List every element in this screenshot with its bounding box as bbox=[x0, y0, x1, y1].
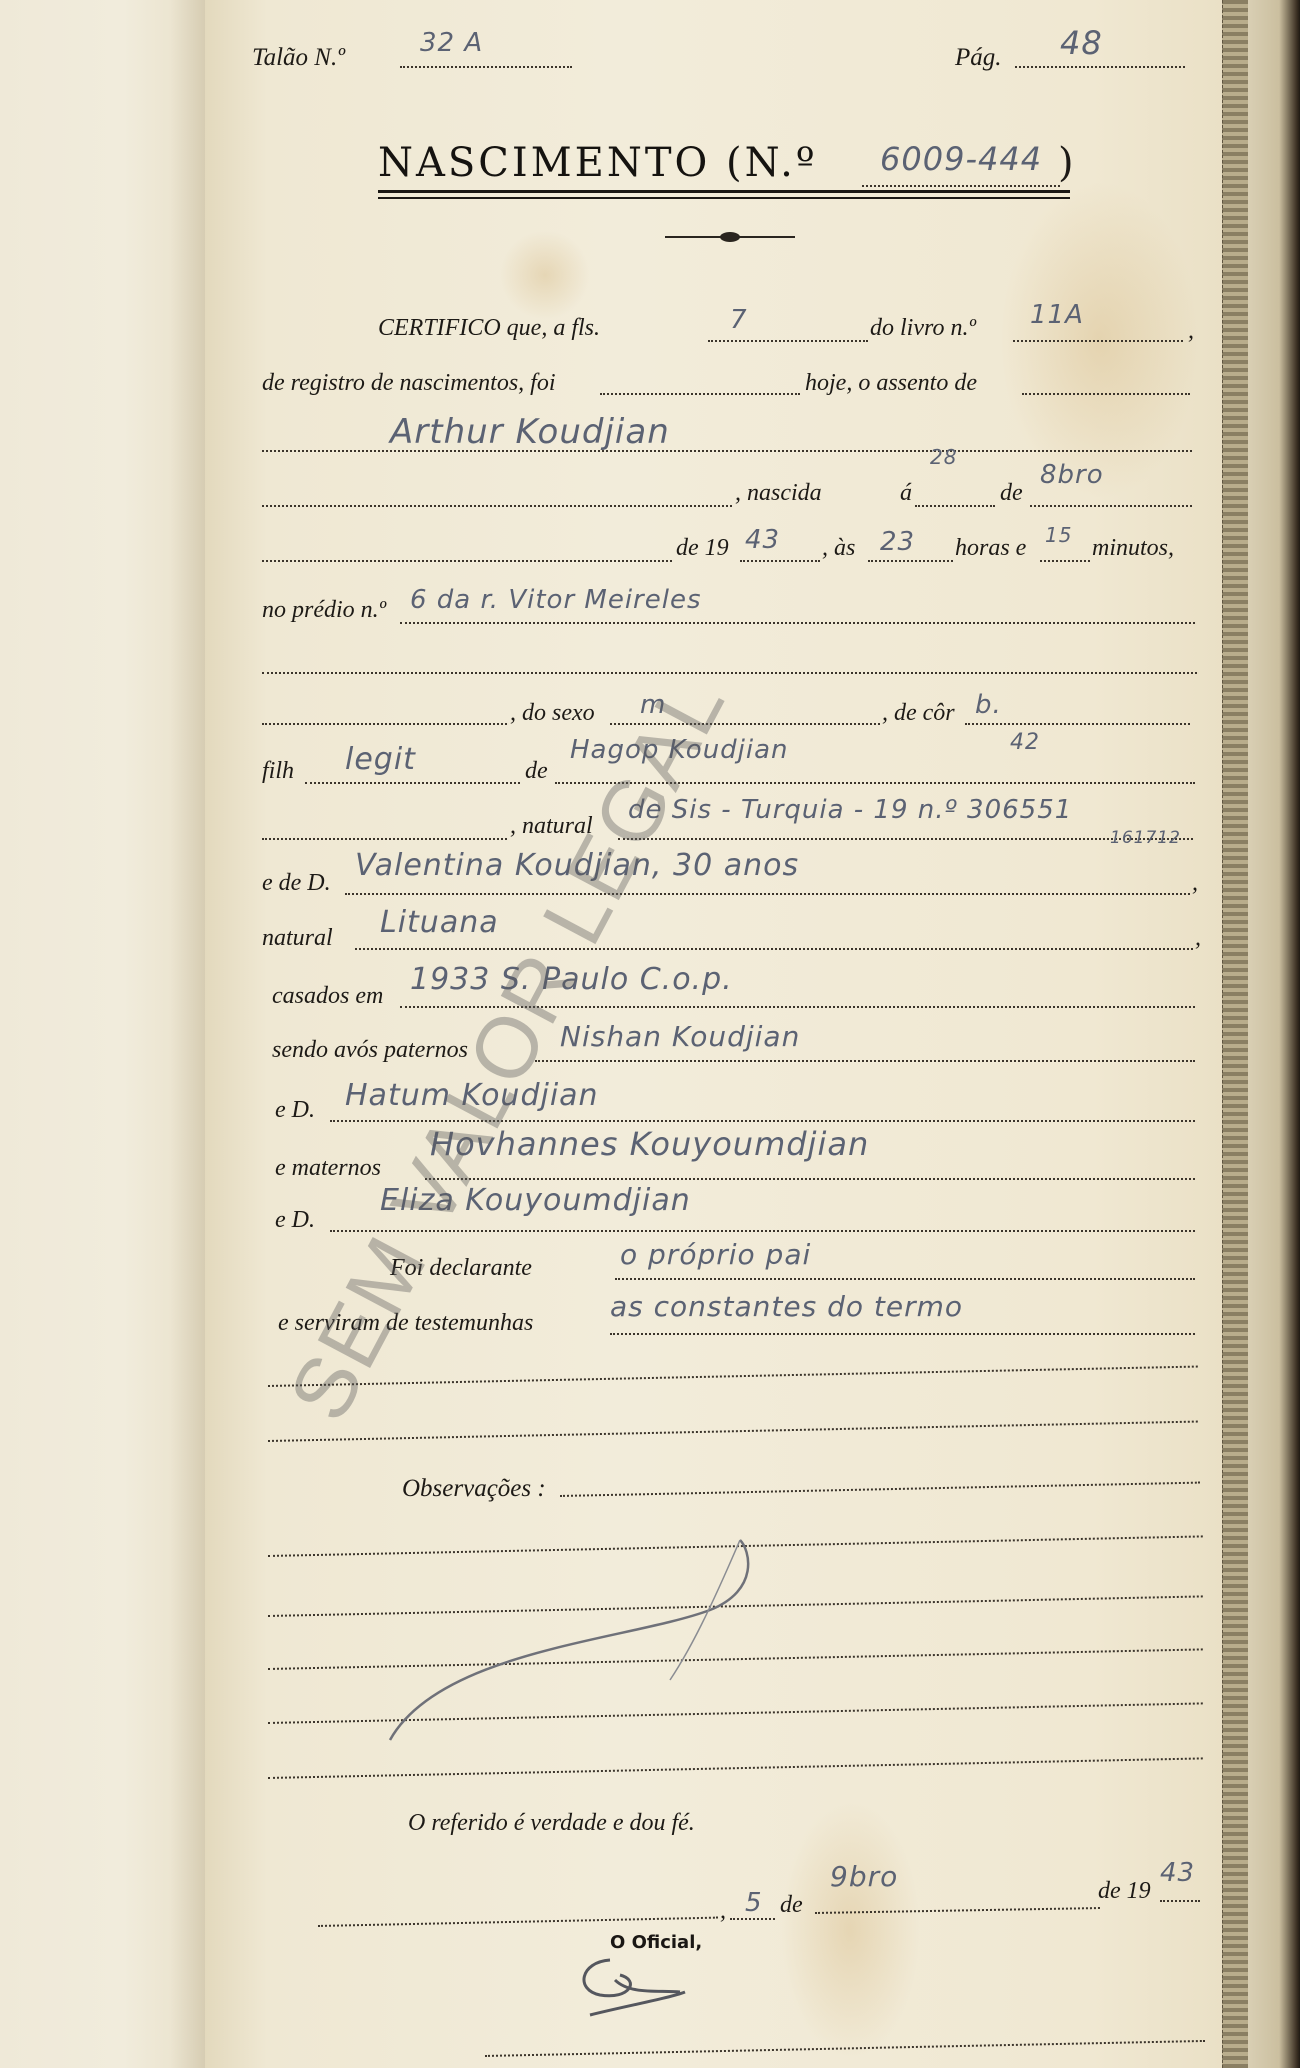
avo-paterno-line bbox=[535, 1060, 1195, 1062]
birth-minutes[interactable]: 15 bbox=[1045, 523, 1072, 547]
pag-field-line bbox=[1015, 66, 1185, 68]
title-label: NASCIMENTO (N.º bbox=[378, 140, 818, 186]
horas-label: horas e bbox=[955, 535, 1026, 562]
pai-age[interactable]: 42 bbox=[1010, 730, 1040, 755]
cor-line bbox=[965, 723, 1190, 725]
certifico-label: CERTIFICO que, a fls. bbox=[378, 315, 600, 342]
title-number[interactable]: 6009-444 bbox=[880, 140, 1042, 178]
filh-value[interactable]: legit bbox=[345, 742, 416, 777]
blank-line bbox=[262, 672, 1197, 674]
avo-paterna-label: e D. bbox=[275, 1097, 315, 1124]
comma: , bbox=[1195, 925, 1201, 952]
title-close: ) bbox=[1058, 140, 1074, 186]
casados-label: casados em bbox=[272, 983, 383, 1010]
day-line bbox=[915, 505, 995, 507]
declarante-line bbox=[615, 1278, 1195, 1280]
mae-natural-line bbox=[355, 948, 1193, 950]
mae-natural[interactable]: Lituana bbox=[380, 905, 499, 940]
natural2-label: natural bbox=[262, 925, 333, 952]
cor-value[interactable]: b. bbox=[975, 690, 1002, 720]
de-label: de bbox=[1000, 480, 1023, 507]
avo-materna-label: e D. bbox=[275, 1207, 315, 1234]
child-name[interactable]: Arthur Koudjian bbox=[390, 412, 670, 452]
observacoes-label: Observações : bbox=[402, 1475, 546, 1503]
hours-line bbox=[868, 560, 953, 562]
predio-line bbox=[400, 622, 1195, 624]
month-line bbox=[1030, 505, 1192, 507]
book-edge bbox=[1248, 0, 1300, 2068]
de-pai-label: de bbox=[525, 758, 548, 785]
cor-label: , de côr bbox=[882, 700, 955, 727]
sexo-label: , do sexo bbox=[510, 700, 595, 727]
livro-label: do livro n.º bbox=[870, 315, 976, 342]
de19-label: de 19 bbox=[676, 535, 729, 562]
avo-paterno[interactable]: Nishan Koudjian bbox=[560, 1020, 800, 1053]
book-binding bbox=[1222, 0, 1249, 2068]
mae-label: e de D. bbox=[262, 870, 331, 897]
minutos-label: minutos, bbox=[1092, 535, 1174, 562]
a-label: á bbox=[900, 480, 912, 507]
cancel-stroke bbox=[380, 1530, 900, 1750]
talao-value[interactable]: 32 A bbox=[420, 28, 483, 58]
avos-paternos-label: sendo avós paternos bbox=[272, 1037, 468, 1064]
testemunhas-line bbox=[610, 1333, 1195, 1335]
official-signature bbox=[570, 1950, 710, 2030]
declarante-value[interactable]: o próprio pai bbox=[620, 1238, 811, 1271]
talao-field-line bbox=[400, 66, 572, 68]
pai-doc-extra[interactable]: 161712 bbox=[1110, 828, 1181, 848]
pre-nascido-line bbox=[262, 505, 732, 507]
paper-stain bbox=[500, 230, 590, 320]
birth-year[interactable]: 43 bbox=[745, 525, 780, 555]
comma: , bbox=[1188, 318, 1194, 345]
date-day-line bbox=[730, 1918, 775, 1920]
page-title: NASCIMENTO (N.º bbox=[378, 140, 818, 186]
fls-line bbox=[708, 340, 868, 342]
fls-value[interactable]: 7 bbox=[730, 305, 748, 335]
pre-year-line bbox=[262, 560, 672, 562]
livro-value[interactable]: 11A bbox=[1030, 300, 1084, 330]
avo-materno-line bbox=[425, 1178, 1195, 1180]
pag-label: Pág. bbox=[955, 44, 1002, 72]
filh-label: filh bbox=[262, 758, 294, 785]
talao-label: Talão N.º bbox=[252, 44, 345, 72]
ornament-divider bbox=[665, 236, 795, 238]
title-rule-bottom bbox=[378, 197, 1070, 199]
assento-line bbox=[1022, 393, 1190, 395]
predio-value[interactable]: 6 da r. Vitor Meireles bbox=[410, 585, 702, 615]
pag-value[interactable]: 48 bbox=[1060, 24, 1103, 62]
date-year-line bbox=[1160, 1900, 1200, 1902]
year-line bbox=[740, 560, 820, 562]
as-label: , às bbox=[822, 535, 855, 562]
mae-line bbox=[345, 893, 1190, 895]
comma: , bbox=[1192, 870, 1198, 897]
date-day[interactable]: 5 bbox=[745, 1888, 763, 1918]
livro-line bbox=[1013, 340, 1183, 342]
paper-stain bbox=[780, 1800, 920, 2060]
date-month[interactable]: 9bro bbox=[830, 1860, 898, 1893]
registro-label: de registro de nascimentos, foi bbox=[262, 370, 556, 397]
testemunhas-value[interactable]: as constantes do termo bbox=[610, 1290, 963, 1323]
birth-day[interactable]: 28 bbox=[930, 445, 957, 469]
title-rule-top bbox=[378, 190, 1070, 193]
foi-line bbox=[600, 393, 800, 395]
pre-sexo-line bbox=[262, 723, 507, 725]
pai-natural-line bbox=[618, 838, 1193, 840]
avos-maternos-label: e maternos bbox=[275, 1155, 381, 1182]
date-de19-label: de 19 bbox=[1098, 1878, 1151, 1905]
date-year[interactable]: 43 bbox=[1160, 1858, 1195, 1888]
hoje-label: hoje, o assento de bbox=[805, 370, 977, 397]
gutter-shadow bbox=[170, 0, 210, 2068]
minutes-line bbox=[1040, 560, 1090, 562]
pre-natural-line bbox=[262, 838, 507, 840]
birth-month[interactable]: 8bro bbox=[1040, 460, 1104, 490]
title-number-line bbox=[862, 185, 1060, 187]
birth-hours[interactable]: 23 bbox=[880, 527, 915, 557]
predio-label: no prédio n.º bbox=[262, 597, 386, 624]
referido-text: O referido é verdade e dou fé. bbox=[408, 1810, 695, 1837]
nascido-label: , nascida bbox=[735, 480, 822, 507]
filh-line bbox=[305, 782, 520, 784]
comma: , bbox=[720, 1898, 726, 1925]
date-de-label: de bbox=[780, 1892, 803, 1919]
